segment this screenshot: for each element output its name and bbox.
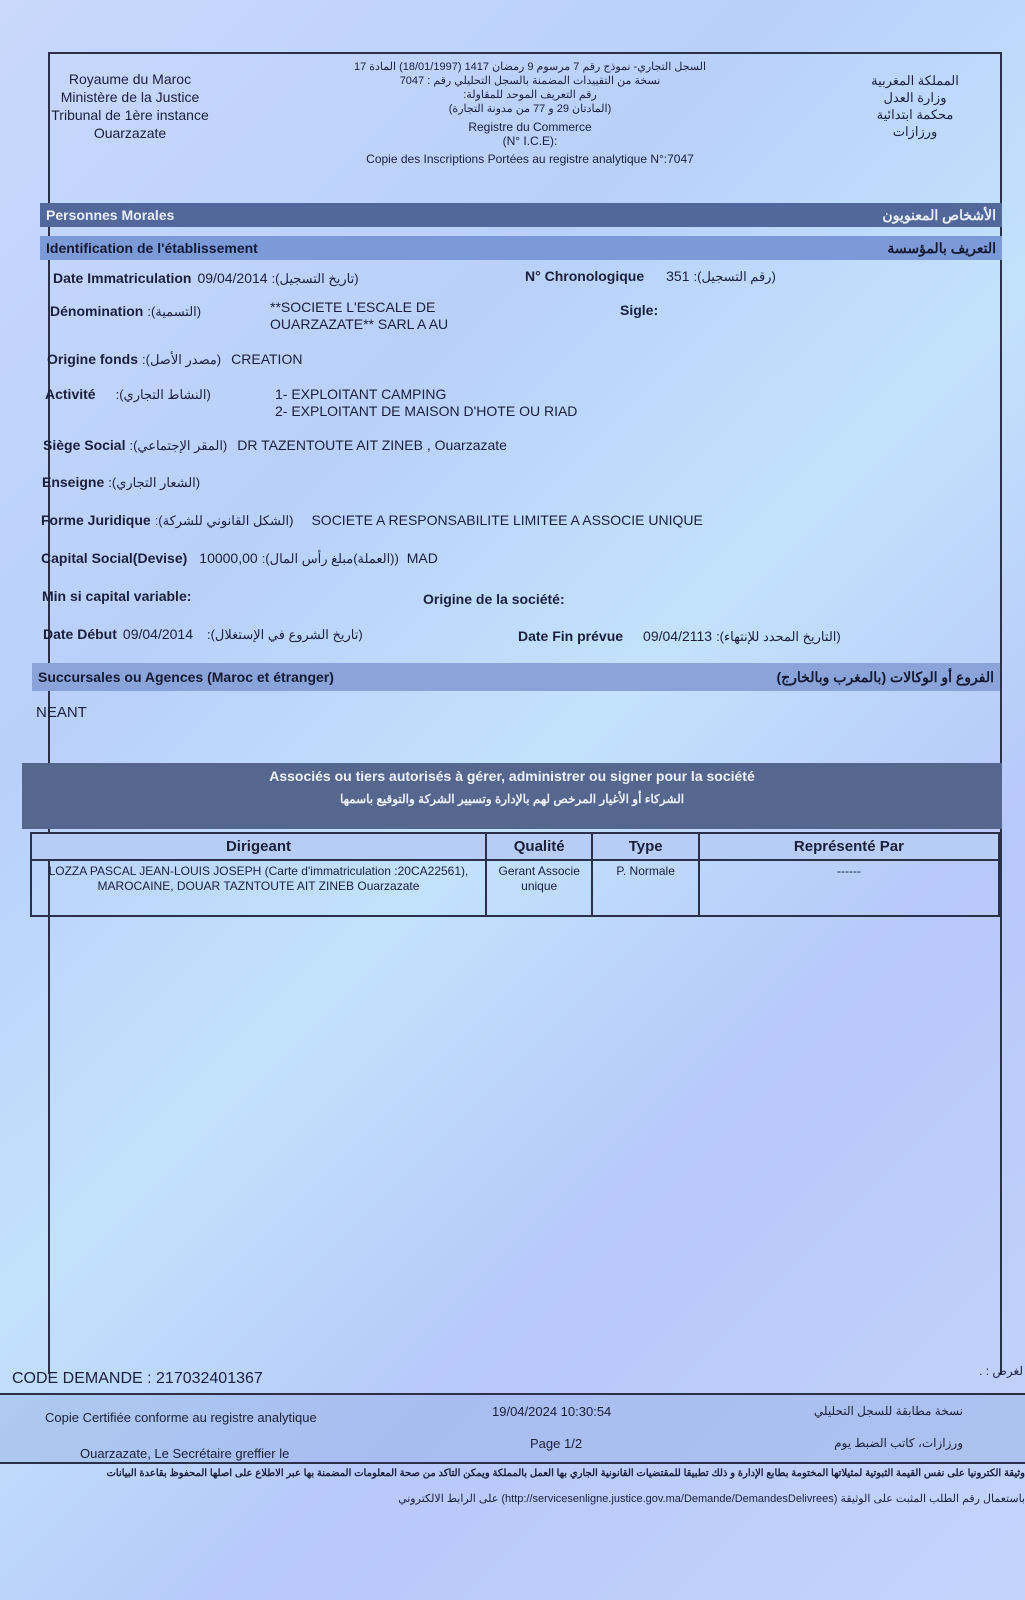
code-demande: CODE DEMANDE : 217032401367 [12,1370,263,1388]
value: SOCIETE A RESPONSABILITE LIMITEE A ASSOC… [311,512,702,528]
section-title: Associés ou tiers autorisés à gérer, adm… [22,768,1002,784]
value-line: **SOCIETE L'ESCALE DE [270,299,448,316]
ar-line: رقم التعريف الموحد للمقاولة: [300,88,760,102]
ar-line: (المادتان 29 و 77 من مدونة التجارة) [300,102,760,116]
section-title-ar: التعريف بالمؤسسة [887,240,996,257]
divider [0,1393,1025,1395]
field-sigle: Sigle: [620,302,658,318]
code-ar: لغرض : . [979,1364,1023,1378]
succursales-value: NEANT [36,704,87,721]
header-right: المملكة المغربية وزارة العدل محكمة ابتدا… [860,72,970,140]
value-line: 1- EXPLOITANT CAMPING [275,386,577,403]
section-title: Personnes Morales [46,207,174,223]
label: Forme Juridique [41,512,151,528]
label: Sigle: [620,302,658,318]
section-identification: Identification de l'établissement التعري… [40,236,1002,260]
legal-notice-ar: وثيقة الكترونيا على نفس القيمة الثبوتية … [0,1468,1025,1479]
section-title-ar: الأشخاص المعنويون [882,207,996,224]
label: Enseigne [42,474,104,490]
value: CREATION [231,351,302,367]
value: 09/04/2113 [643,628,712,644]
label: Min si capital variable: [42,588,191,604]
label: Dénomination [50,303,143,319]
value: 09/04/2014 [123,626,193,642]
label: Date Fin prévue [518,628,623,644]
value-line: OUARZAZATE** SARL A AU [270,316,448,333]
print-datetime: 19/04/2024 10:30:54 [492,1404,611,1419]
divider [0,1462,1025,1464]
field-denomination: Dénomination(التسمية): [50,303,205,320]
column-header: Qualité [486,833,592,860]
dirigeants-table: Dirigeant Qualité Type Représenté Par LO… [30,832,1000,917]
label: Siège Social [43,437,125,453]
field-enseigne: Enseigne(الشعار التجاري): [42,474,204,491]
section-title: Identification de l'établissement [46,240,258,256]
field-siege-social: Siège Social(المقر الإجتماعي):DR TAZENTO… [43,437,507,454]
greffier-ar: ورزازات، كاتب الضبط يوم [834,1436,963,1450]
label-ar: (تاريخ الشروع في الإستغلال): [207,627,363,642]
tribunal-ar: محكمة ابتدائية [860,106,970,123]
header-left: Royaume du Maroc Ministère de la Justice… [50,70,210,142]
activite-value: 1- EXPLOITANT CAMPING 2- EXPLOITANT DE M… [275,386,577,420]
ministry: Ministère de la Justice [50,88,210,106]
kingdom: Royaume du Maroc [50,70,210,88]
header-center: السجل التجاري- نموذج رقم 7 مرسوم 9 رمضان… [300,60,760,166]
label: Activité [45,386,96,402]
label-ar: (تاريخ التسجيل): [272,271,359,286]
field-capital-social: Capital Social(Devise)((العملة)مبلغ رأس … [41,550,438,567]
section-title: Succursales ou Agences (Maroc et étrange… [38,669,334,685]
field-min-capital: Min si capital variable: [42,588,191,604]
field-chronologique: N° Chronologique(رقم التسجيل):351 [525,268,780,285]
cell-represente: ------ [699,860,999,916]
cell-type: P. Normale [592,860,698,916]
section-title-ar: الشركاء أو الأغيار المرخص لهم بالإدارة و… [22,792,1002,806]
label: Origine fonds [47,351,138,367]
value-line: 2- EXPLOITANT DE MAISON D'HOTE OU RIAD [275,403,577,420]
registre-title: Registre du Commerce [300,120,760,134]
label-ar: ((العملة)مبلغ رأس المال): [262,551,399,566]
table-header-row: Dirigeant Qualité Type Représenté Par [31,833,999,860]
cell-dirigeant: LOZZA PASCAL JEAN-LOUIS JOSEPH (Carte d'… [31,860,486,916]
copie-certifiee-ar: نسخة مطابقة للسجل التحليلي [814,1404,963,1418]
city-ar: ورزازات [860,123,970,140]
label-ar: (النشاط التجاري): [116,387,211,402]
copie-title: Copie des Inscriptions Portées au regist… [300,152,760,166]
page-number: Page 1/2 [530,1436,582,1451]
ice-label: (N° I.C.E): [300,134,760,148]
denomination-value: **SOCIETE L'ESCALE DE OUARZAZATE** SARL … [270,299,448,333]
field-origine-societe: Origine de la société: [423,591,565,607]
section-succursales: Succursales ou Agences (Maroc et étrange… [32,663,1000,691]
label-ar: (رقم التسجيل): [694,269,776,284]
column-header: Type [592,833,698,860]
tribunal: Tribunal de 1ère instance [50,106,210,124]
label-ar: (المقر الإجتماعي): [129,438,227,453]
field-forme-juridique: Forme Juridique(الشكل القانوني للشركة):S… [41,512,703,529]
legal-url: على الرابط الالكتروني (http://servicesen… [200,1492,1025,1505]
value: 09/04/2014 [197,270,267,286]
ministry-ar: وزارة العدل [860,89,970,106]
section-title-ar: الفروع أو الوكالات (بالمغرب وبالخارج) [776,669,994,686]
value: 351 [666,268,689,284]
field-activite: Activité(النشاط التجاري): [45,386,215,403]
label-ar: (مصدر الأصل): [142,352,221,367]
greffier: Ouarzazate, Le Secrétaire greffier le [80,1446,289,1461]
label: Origine de la société: [423,591,565,607]
city: Ouarzazate [50,124,210,142]
label-ar: (التسمية): [147,304,201,319]
label: Date Immatriculation [53,270,191,286]
column-header: Représenté Par [699,833,999,860]
field-date-debut: Date Début(تاريخ الشروع في الإستغلال):09… [43,626,367,643]
field-date-fin: Date Fin prévue(التاريخ المحدد للإنتهاء)… [518,628,845,645]
field-date-immatriculation: Date Immatriculation(تاريخ التسجيل):09/0… [53,270,363,287]
label-ar: (الشكل القانوني للشركة): [155,513,294,528]
label: N° Chronologique [525,268,644,284]
section-personnes-morales: Personnes Morales الأشخاص المعنويون [40,203,1002,227]
label: Date Début [43,626,117,642]
table-row: LOZZA PASCAL JEAN-LOUIS JOSEPH (Carte d'… [31,860,999,916]
copie-certifiee: Copie Certifiée conforme au registre ana… [45,1410,317,1425]
kingdom-ar: المملكة المغربية [860,72,970,89]
cell-qualite: Gerant Associe unique [486,860,592,916]
ar-line: نسخة من التقييدات المضمنة بالسجل التحليل… [300,74,760,88]
value: DR TAZENTOUTE AIT ZINEB , Ouarzazate [237,437,507,453]
label-ar: (التاريخ المحدد للإنتهاء): [716,629,841,644]
column-header: Dirigeant [31,833,486,860]
label-ar: (الشعار التجاري): [108,475,200,490]
ar-line: السجل التجاري- نموذج رقم 7 مرسوم 9 رمضان… [300,60,760,74]
label: Capital Social(Devise) [41,550,187,566]
field-origine-fonds: Origine fonds(مصدر الأصل):CREATION [47,351,302,368]
section-associes: Associés ou tiers autorisés à gérer, adm… [22,763,1002,829]
